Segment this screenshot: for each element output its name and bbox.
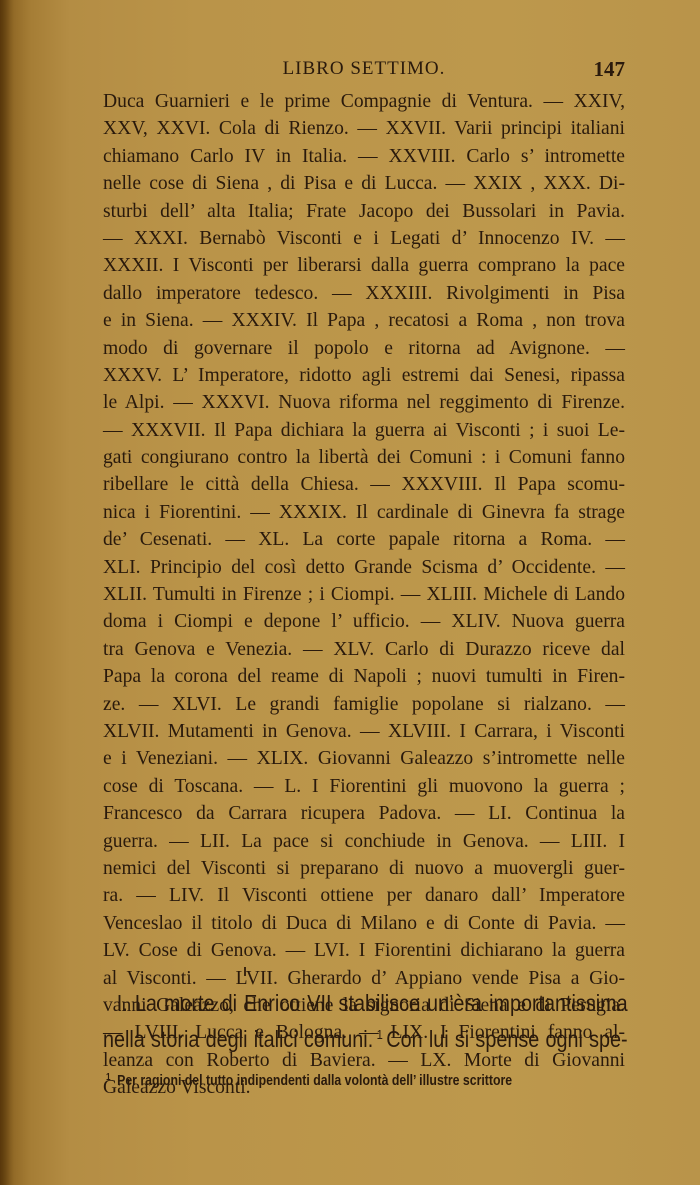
footnote: 1Per ragioni del tutto indipendenti dall…	[106, 1072, 614, 1089]
summary-line: nica i Fiorentini. — XXXIX. Il cardinale…	[103, 499, 625, 526]
summary-line: le Alpi. — XXXVI. Nuova riforma nel regg…	[103, 389, 625, 416]
chapter-summary: Duca Guarnieri e le prime Compagnie di V…	[103, 88, 625, 1101]
footnote-text: Per ragioni del tutto indipendenti dalla…	[117, 1072, 512, 1089]
print-mark	[244, 967, 246, 976]
summary-line: tra Genova e Venezia. — XLV. Carlo di Du…	[103, 636, 625, 663]
summary-line: guerra. — LII. La pace si conchiude in G…	[103, 828, 625, 855]
page-number: 147	[594, 57, 626, 82]
summary-line: XLII. Tumulti in Firenze ; i Ciompi. — X…	[103, 581, 625, 608]
summary-line: de’ Cesenati. — XL. La corte papale rito…	[103, 526, 625, 553]
summary-line: — XXXI. Bernabò Visconti e i Legati d’ I…	[103, 225, 625, 252]
summary-line: Francesco da Carrara ricupera Padova. — …	[103, 800, 625, 827]
summary-line: dallo imperatore tedesco. — XXXIII. Rivo…	[103, 280, 625, 307]
body-paragraph: I. La morte di Enrico VII stabilisce un’…	[103, 988, 555, 1055]
summary-line: XXV, XXVI. Cola di Rienzo. — XXVII. Vari…	[103, 115, 625, 142]
binding-shadow	[0, 0, 14, 1185]
summary-line: XXXII. I Visconti per liberarsi dalla gu…	[103, 252, 625, 279]
summary-line: Venceslao il titolo di Duca di Milano e …	[103, 910, 625, 937]
summary-line: Duca Guarnieri e le prime Compagnie di V…	[103, 88, 625, 115]
summary-line: LV. Cose di Genova. — LVI. I Fiorentini …	[103, 937, 625, 964]
summary-line: XLI. Principio del così detto Grande Sci…	[103, 554, 625, 581]
summary-line: sturbi dell’ alta Italia; Frate Jacopo d…	[103, 198, 625, 225]
summary-line: ze. — XLVI. Le grandi famiglie popolane …	[103, 691, 625, 718]
summary-line: e i Veneziani. — XLIX. Giovanni Galeazzo…	[103, 745, 625, 772]
summary-line: ra. — LIV. Il Visconti ottiene per danar…	[103, 882, 625, 909]
summary-line: XLVII. Mutamenti in Genova. — XLVIII. I …	[103, 718, 625, 745]
summary-line: gati congiurano contro la libertà dei Co…	[103, 444, 625, 471]
summary-line: nemici del Visconti si preparano di nuov…	[103, 855, 625, 882]
summary-line: doma i Ciompi e depone l’ ufficio. — XLI…	[103, 608, 625, 635]
summary-line: ribellare le città della Chiesa. — XXXVI…	[103, 471, 625, 498]
running-header: LIBRO SETTIMO. 147	[103, 58, 625, 84]
summary-line: Papa la corona del reame di Napoli ; nuo…	[103, 663, 625, 690]
summary-line: nelle cose di Siena , di Pisa e di Lucca…	[103, 170, 625, 197]
footnote-marker: 1	[106, 1072, 111, 1083]
summary-line: XXXV. L’ Imperatore, ridotto agli estrem…	[103, 362, 625, 389]
summary-line: modo di governare il popolo e ritorna ad…	[103, 335, 625, 362]
running-title: LIBRO SETTIMO.	[103, 58, 625, 80]
book-page: LIBRO SETTIMO. 147 Duca Guarnieri e le p…	[0, 0, 700, 1185]
body-line: I. La morte di Enrico VII stabilisce un’…	[103, 988, 628, 1019]
summary-line: e in Siena. — XXXIV. Il Papa , recatosi …	[103, 307, 625, 334]
body-line: nella storia degli italici comuni.1Con l…	[103, 1019, 628, 1055]
summary-line: chiamano Carlo IV in Italia. — XXVIII. C…	[103, 143, 625, 170]
summary-line: — XXXVII. Il Papa dichiara la guerra ai …	[103, 417, 625, 444]
footnote-reference[interactable]: 1	[377, 1027, 383, 1042]
summary-line: cose di Toscana. — L. I Fiorentini gli m…	[103, 773, 625, 800]
